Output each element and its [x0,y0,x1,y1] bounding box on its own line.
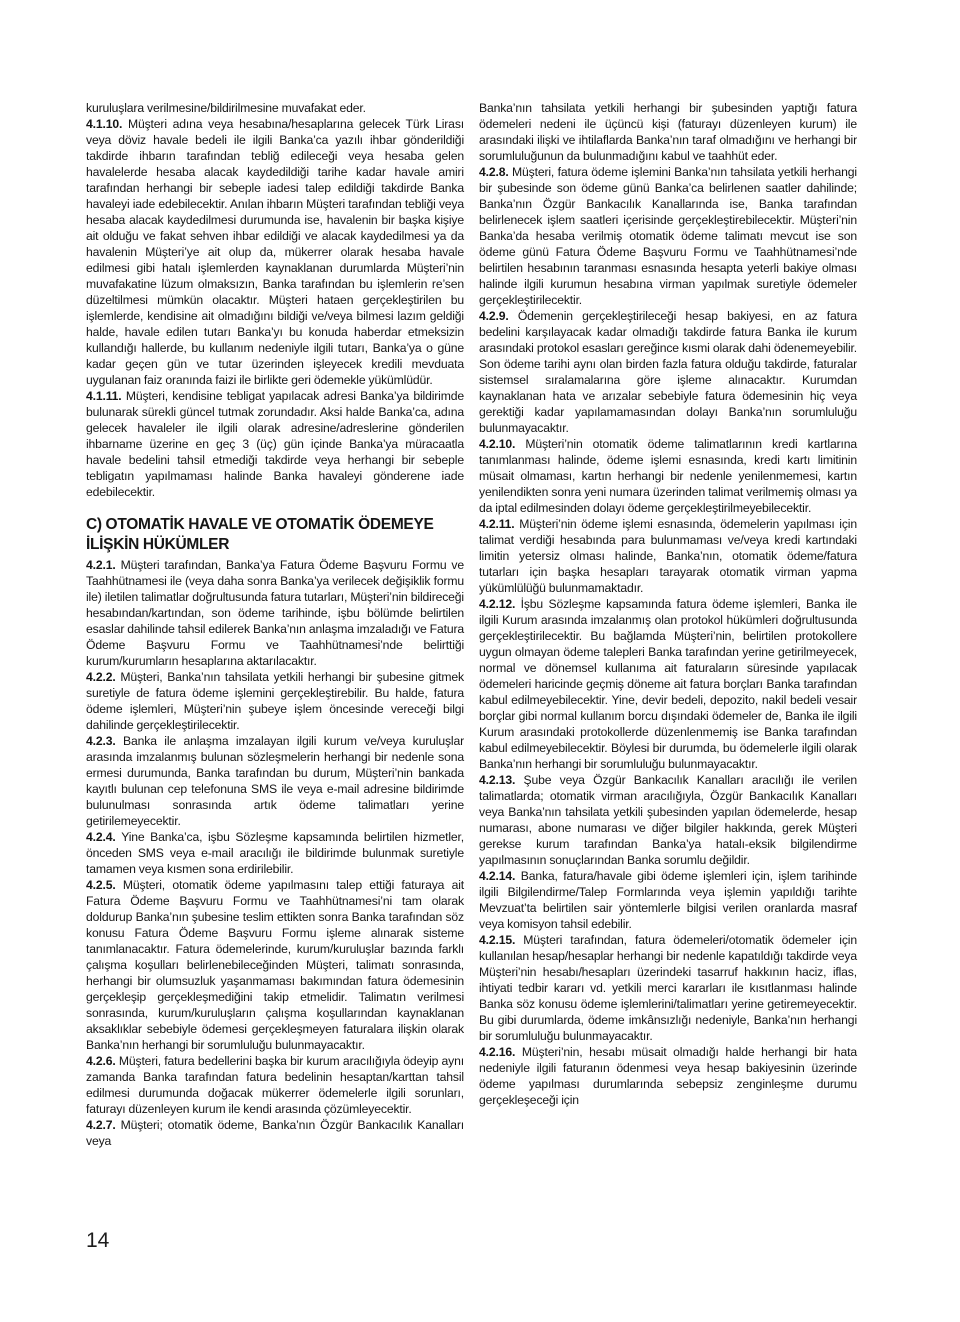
left-column: kuruluşlara verilmesine/bildirilmesine m… [86,100,464,1149]
clause-number: 4.2.13. [479,773,524,787]
clause-paragraph: 4.2.8. Müşteri, fatura ödeme işlemini Ba… [479,164,857,308]
clause-paragraph: 4.2.16. Müşteri’nin, hesabı müsait olmad… [479,1044,857,1108]
clause-number: 4.2.8. [479,165,512,179]
clause-paragraph: 4.2.13. Şube veya Özgür Bankacılık Kanal… [479,772,857,868]
page-number: 14 [86,1228,109,1254]
clause-paragraph: 4.1.11. Müşteri, kendisine tebligat yapı… [86,388,464,500]
clause-number: 4.2.15. [479,933,523,947]
clause-paragraph: 4.2.12. İşbu Sözleşme kapsamında fatura … [479,596,857,772]
clause-number: 4.2.7. [86,1118,121,1132]
body-paragraph: Banka’nın tahsilata yetkili herhangi bir… [479,100,857,164]
clause-number: 4.2.10. [479,437,525,451]
clause-number: 4.2.3. [86,734,123,748]
clause-number: 4.2.5. [86,878,123,892]
clause-number: 4.2.9. [479,309,518,323]
clause-paragraph: 4.2.14. Banka, fatura/havale gibi ödeme … [479,868,857,932]
clause-number: 4.2.12. [479,597,521,611]
clause-number: 4.2.4. [86,830,121,844]
clause-number: 4.2.6. [86,1054,119,1068]
clause-paragraph: 4.2.10. Müşteri’nin otomatik ödeme talim… [479,436,857,516]
clause-number: 4.2.14. [479,869,521,883]
section-heading: C) OTOMATİK HAVALE VE OTOMATİK ÖDEMEYE İ… [86,515,464,555]
clause-paragraph: 4.2.15. Müşteri tarafından, fatura ödeme… [479,932,857,1044]
clause-paragraph: 4.2.11. Müşteri’nin ödeme işlemi esnasın… [479,516,857,596]
clause-number: 4.2.16. [479,1045,522,1059]
clause-number: 4.2.11. [479,517,519,531]
clause-paragraph: 4.1.10. Müşteri adına veya hesabına/hesa… [86,116,464,388]
clause-number: 4.1.11. [86,389,126,403]
clause-paragraph: 4.2.2. Müşteri, Banka’nın tahsilata yetk… [86,669,464,733]
clause-number: 4.2.2. [86,670,120,684]
clause-paragraph: 4.2.4. Yine Banka’ca, işbu Sözleşme kaps… [86,829,464,877]
contract-page: kuruluşlara verilmesine/bildirilmesine m… [0,0,960,1322]
right-column: Banka’nın tahsilata yetkili herhangi bir… [479,100,857,1108]
clause-paragraph: 4.2.9. Ödemenin gerçekleştirileceği hesa… [479,308,857,436]
clause-paragraph: 4.2.6. Müşteri, fatura bedellerini başka… [86,1053,464,1117]
body-paragraph: kuruluşlara verilmesine/bildirilmesine m… [86,100,464,116]
clause-paragraph: 4.2.5. Müşteri, otomatik ödeme yapılması… [86,877,464,1053]
clause-paragraph: 4.2.7. Müşteri; otomatik ödeme, Banka’nı… [86,1117,464,1149]
clause-paragraph: 4.2.3. Banka ile anlaşma imzalayan ilgil… [86,733,464,829]
clause-number: 4.1.10. [86,117,128,131]
clause-number: 4.2.1. [86,558,121,572]
clause-paragraph: 4.2.1. Müşteri tarafından, Banka’ya Fatu… [86,557,464,669]
